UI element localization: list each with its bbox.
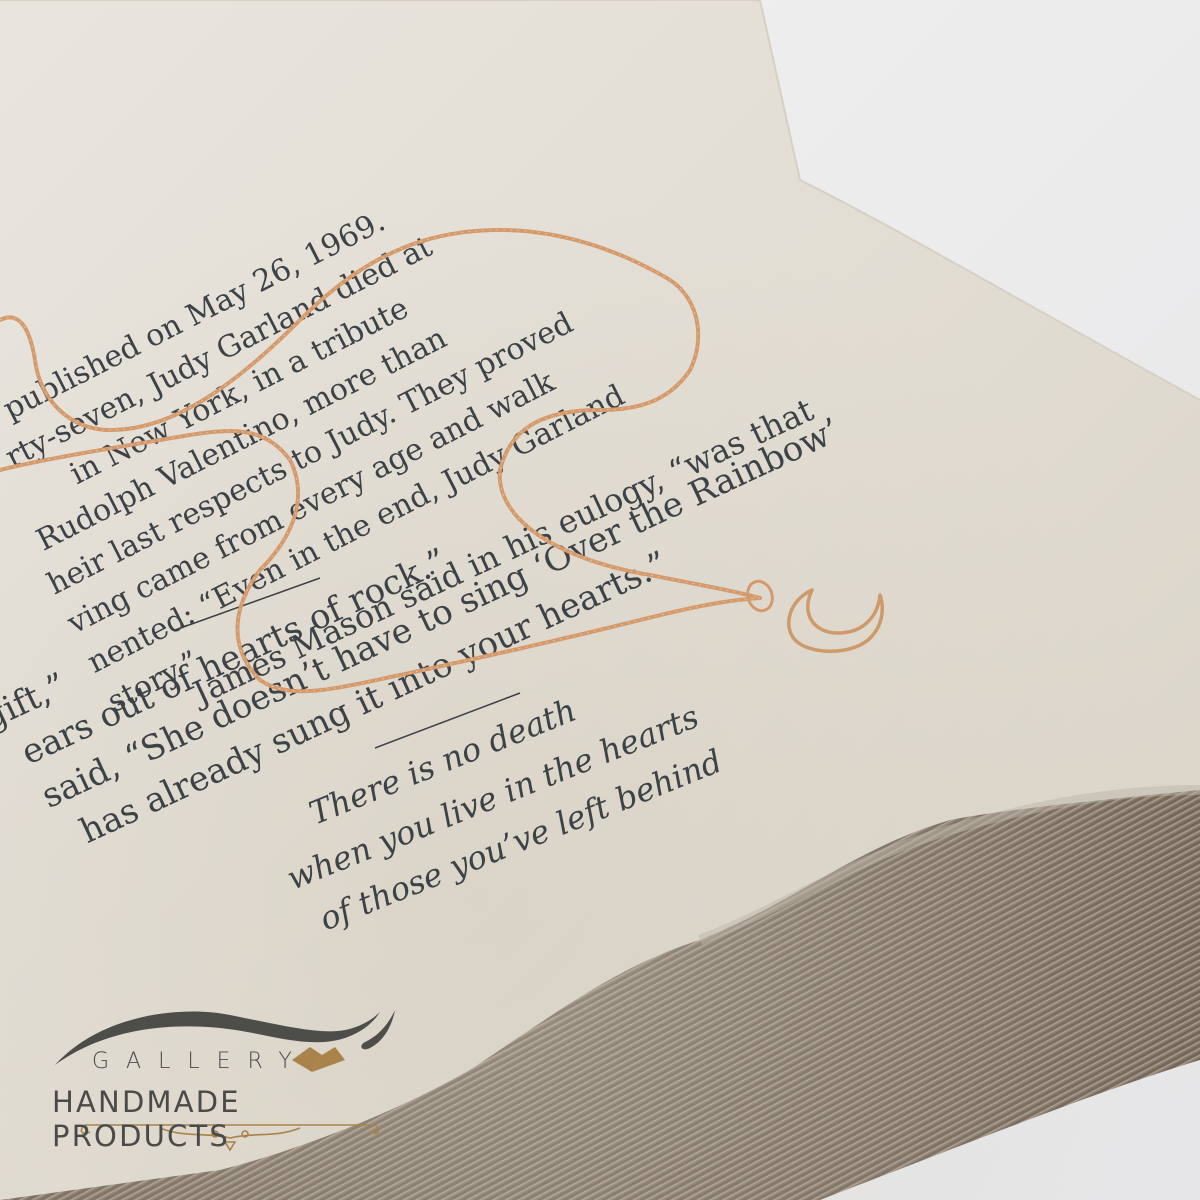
logo-handmade-products-text: HANDMADE PRODUCTS	[52, 1085, 420, 1153]
product-photo: published on May 26, 1969. rty-seven, Ju…	[0, 0, 1200, 1200]
logo-gallery-text: GALLERY	[92, 1049, 309, 1074]
brand-logo: GALLERY HANDMADE PRODUCTS	[40, 960, 420, 1160]
